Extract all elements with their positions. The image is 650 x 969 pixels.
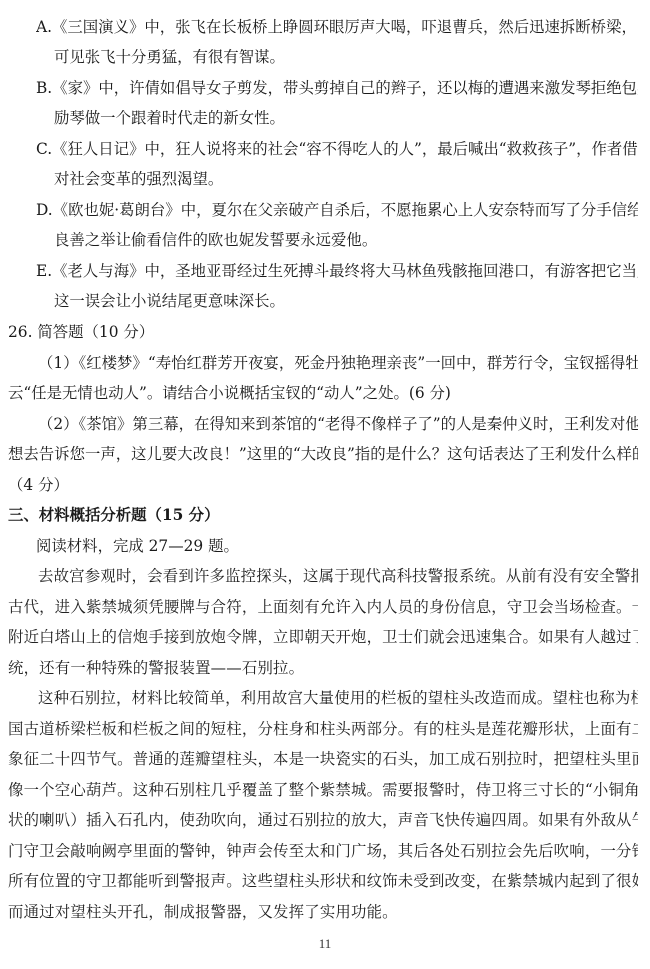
option-b-line1: B.《家》中，许倩如倡导女子剪发，带头剪掉自己的辫子，还以梅的遭遇来激发琴拒绝包… <box>36 73 638 103</box>
passage-line-2: 古代，进入紫禁城须凭腰牌与合符，上面刻有允许入内人员的身份信息，守卫会当场检查。… <box>8 592 638 622</box>
section-3-instruction: 阅读材料，完成 27—29 题。 <box>36 531 436 561</box>
passage-line-6: 国古道桥梁栏板和栏板之间的短柱，分柱身和柱头两部分。有的柱头是莲花瓣形状，上面有… <box>8 714 638 744</box>
exam-page: A.《三国演义》中，张飞在长板桥上睁圆环眼厉声大喝，吓退曹兵，然后迅速拆断桥梁，… <box>0 0 650 969</box>
option-a-line1: A.《三国演义》中，张飞在长板桥上睁圆环眼厉声大喝，吓退曹兵，然后迅速拆断桥梁，… <box>36 12 638 42</box>
option-d-line1: D.《欧也妮·葛朗台》中，夏尔在父亲破产自杀后，不愿拖累心上人安奈特而写了分手信… <box>36 195 638 225</box>
passage-line-12: 而通过对望柱头开孔，制成报警器，又发挥了实用功能。 <box>8 897 638 927</box>
question-26-part2-line2: 想去告诉您一声，这儿要大改良！”这里的“大改良”指的是什么？这句话表达了王利发什… <box>8 439 638 469</box>
question-26-part1-line2: 云“任是无情也动人”。请结合小说概括宝钗的“动人”之处。(6 分) <box>8 378 638 408</box>
option-c-line2: 对社会变革的强烈渴望。 <box>54 164 638 194</box>
question-26-part2-score: （4 分） <box>8 470 208 500</box>
option-c-line1: C.《狂人日记》中，狂人说将来的社会“容不得吃人的人”，最后喊出“救救孩子”，作… <box>36 134 638 164</box>
passage-line-8: 像一个空心葫芦。这种石别柱几乎覆盖了整个紫禁城。需要报警时，侍卫将三寸长的“小铜… <box>8 775 638 805</box>
question-26-part1-line1: （1）《红楼梦》“寿怡红群芳开夜宴，死金丹独艳理亲丧”一回中，群芳行令，宝钗摇得… <box>38 348 638 378</box>
question-26-part2-line1: （2）《茶馆》第三幕，在得知来到茶馆的“老得不像样子了”的人是秦仲义时，王利发对… <box>38 409 638 439</box>
passage-line-5: 这种石别拉，材料比较简单，利用故宫大量使用的栏板的望柱头改造而成。望柱也称为栏杆… <box>38 683 638 713</box>
option-d-line2: 良善之举让偷看信件的欧也妮发誓要永远爱他。 <box>54 225 638 255</box>
section-3-heading: 三、材料概括分析题（15 分） <box>8 500 408 530</box>
option-a-line2: 可见张飞十分勇猛，有很有智谋。 <box>54 42 638 72</box>
passage-line-3: 附近白塔山上的信炮手接到放炮令牌，立即朝天开炮，卫士们就会迅速集合。如果有人越过… <box>8 622 638 652</box>
passage-line-11: 所有位置的守卫都能听到警报声。这些望柱头形状和纹饰未受到改变，在紫禁城内起到了很… <box>8 866 638 896</box>
option-e-line1: E.《老人与海》中，圣地亚哥经过生死搏斗最终将大马林鱼残骸拖回港口，有游客把它当… <box>36 256 638 286</box>
passage-line-1: 去故宫参观时，会看到许多监控探头，这属于现代高科技警报系统。从前有没有安全警报系… <box>38 561 638 591</box>
option-b-line2: 励琴做一个跟着时代走的新女性。 <box>54 103 638 133</box>
question-26-heading: 26. 简答题（10 分） <box>8 317 308 347</box>
page-number: 11 <box>300 934 350 954</box>
passage-line-4: 统，还有一种特殊的警报装置——石别拉。 <box>8 653 638 683</box>
option-e-line2: 这一误会让小说结尾更意味深长。 <box>54 286 638 316</box>
passage-line-7: 象征二十四节气。普通的莲瓣望柱头，本是一块瓷实的石头，加工成石别拉时，把望柱头里… <box>8 744 638 774</box>
passage-line-10: 门守卫会敲响阙亭里面的警钟，钟声会传至太和门广场，其后各处石别拉会先后吹响，一分… <box>8 836 638 866</box>
passage-line-9: 状的喇叭）插入石孔内，使劲吹向，通过石别拉的放大，声音飞快传遍四周。如果有外敌从… <box>8 805 638 835</box>
